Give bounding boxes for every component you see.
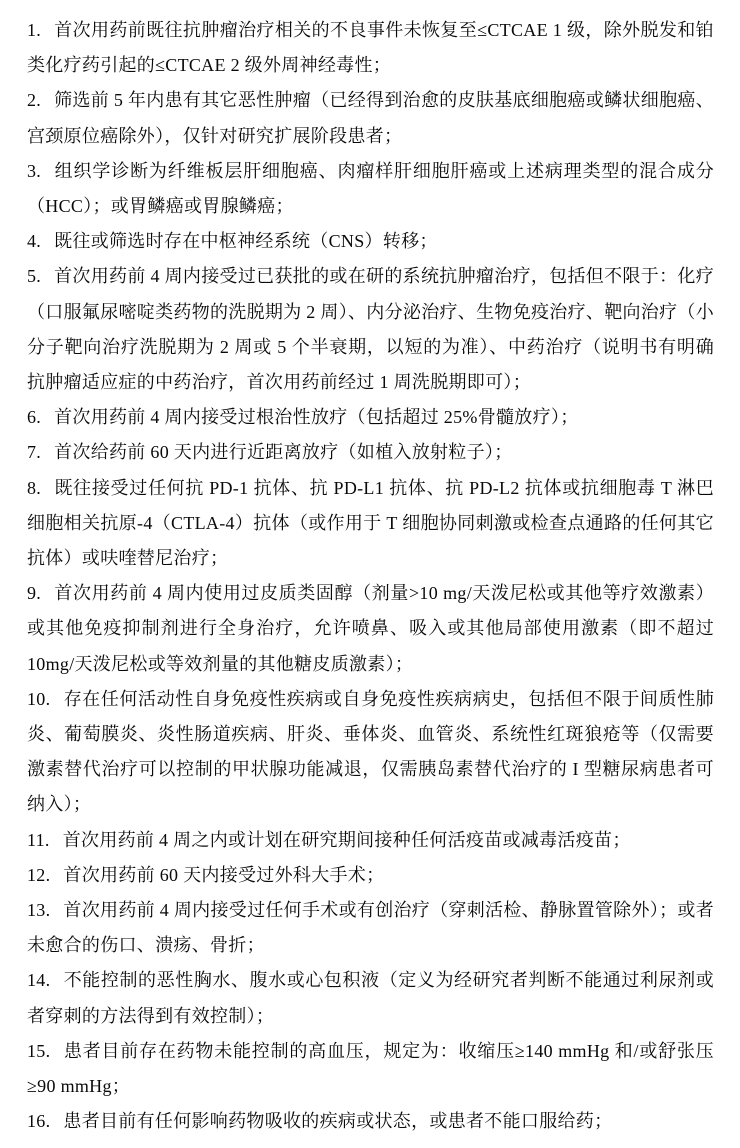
list-item: 7.首次给药前 60 天内进行近距离放疗（如植入放射粒子）； — [27, 435, 714, 470]
list-item: 3.组织学诊断为纤维板层肝细胞癌、肉瘤样肝细胞肝癌或上述病理类型的混合成分（HC… — [27, 154, 714, 224]
list-item: 6.首次用药前 4 周内接受过根治性放疗（包括超过 25%骨髓放疗）； — [27, 400, 714, 435]
item-number: 11. — [27, 830, 50, 850]
item-text: 存在任何活动性自身免疫性疾病或自身免疫性疾病病史，包括但不限于间质性肺炎、葡萄膜… — [27, 689, 714, 815]
item-text: 首次用药前 4 周之内或计划在研究期间接种任何活疫苗或减毒活疫苗； — [63, 830, 631, 850]
item-text: 既往接受过任何抗 PD-1 抗体、抗 PD-L1 抗体、抗 PD-L2 抗体或抗… — [27, 478, 714, 568]
list-item: 16.患者目前有任何影响药物吸收的疾病或状态，或患者不能口服给药； — [27, 1104, 714, 1139]
list-item: 5.首次用药前 4 周内接受过已获批的或在研的系统抗肿瘤治疗，包括但不限于：化疗… — [27, 259, 714, 400]
item-number: 12. — [27, 865, 50, 885]
exclusion-criteria-list: 1.首次用药前既往抗肿瘤治疗相关的不良事件未恢复至≤CTCAE 1 级，除外脱发… — [27, 13, 714, 1140]
item-text: 既往或筛选时存在中枢神经系统（CNS）转移； — [54, 231, 438, 251]
list-item: 11.首次用药前 4 周之内或计划在研究期间接种任何活疫苗或减毒活疫苗； — [27, 823, 714, 858]
list-item: 13.首次用药前 4 周内接受过任何手术或有创治疗（穿刺活检、静脉置管除外）；或… — [27, 893, 714, 963]
item-number: 14. — [27, 970, 50, 990]
item-number: 16. — [27, 1111, 50, 1131]
item-number: 13. — [27, 900, 50, 920]
item-text: 首次用药前既往抗肿瘤治疗相关的不良事件未恢复至≤CTCAE 1 级，除外脱发和铂… — [27, 20, 714, 75]
list-item: 12.首次用药前 60 天内接受过外科大手术； — [27, 858, 714, 893]
item-number: 6. — [27, 407, 41, 427]
item-text: 首次用药前 4 周内接受过根治性放疗（包括超过 25%骨髓放疗）； — [54, 407, 578, 427]
list-item: 10.存在任何活动性自身免疫性疾病或自身免疫性疾病病史，包括但不限于间质性肺炎、… — [27, 682, 714, 823]
list-item: 15.患者目前存在药物未能控制的高血压，规定为：收缩压≥140 mmHg 和/或… — [27, 1034, 714, 1104]
item-text: 首次用药前 60 天内接受过外科大手术； — [63, 865, 384, 885]
item-text: 首次用药前 4 周内接受过已获批的或在研的系统抗肿瘤治疗，包括但不限于：化疗（口… — [27, 266, 714, 392]
list-item: 8.既往接受过任何抗 PD-1 抗体、抗 PD-L1 抗体、抗 PD-L2 抗体… — [27, 471, 714, 577]
item-number: 2. — [27, 90, 41, 110]
item-number: 4. — [27, 231, 41, 251]
item-text: 首次用药前 4 周内使用过皮质类固醇（剂量>10 mg/天泼尼松或其他等疗效激素… — [27, 583, 714, 673]
item-number: 8. — [27, 478, 41, 498]
document-page: 1.首次用药前既往抗肿瘤治疗相关的不良事件未恢复至≤CTCAE 1 级，除外脱发… — [0, 0, 740, 1148]
item-number: 9. — [27, 583, 41, 603]
item-number: 10. — [27, 689, 50, 709]
list-item: 9.首次用药前 4 周内使用过皮质类固醇（剂量>10 mg/天泼尼松或其他等疗效… — [27, 576, 714, 682]
item-number: 3. — [27, 161, 41, 181]
list-item: 1.首次用药前既往抗肿瘤治疗相关的不良事件未恢复至≤CTCAE 1 级，除外脱发… — [27, 13, 714, 83]
item-number: 7. — [27, 442, 41, 462]
item-number: 1. — [27, 20, 41, 40]
item-text: 首次用药前 4 周内接受过任何手术或有创治疗（穿刺活检、静脉置管除外）；或者未愈… — [27, 900, 714, 955]
item-text: 患者目前有任何影响药物吸收的疾病或状态，或患者不能口服给药； — [63, 1111, 612, 1131]
item-text: 首次给药前 60 天内进行近距离放疗（如植入放射粒子）； — [54, 442, 512, 462]
list-item: 2.筛选前 5 年内患有其它恶性肿瘤（已经得到治愈的皮肤基底细胞癌或鳞状细胞癌、… — [27, 83, 714, 153]
item-text: 组织学诊断为纤维板层肝细胞癌、肉瘤样肝细胞肝癌或上述病理类型的混合成分（HCC）… — [27, 161, 714, 216]
item-number: 15. — [27, 1041, 50, 1061]
list-item: 14.不能控制的恶性胸水、腹水或心包积液（定义为经研究者判断不能通过利尿剂或者穿… — [27, 963, 714, 1033]
item-text: 患者目前存在药物未能控制的高血压，规定为：收缩压≥140 mmHg 和/或舒张压… — [27, 1041, 714, 1096]
item-text: 不能控制的恶性胸水、腹水或心包积液（定义为经研究者判断不能通过利尿剂或者穿刺的方… — [27, 970, 714, 1025]
item-number: 5. — [27, 266, 41, 286]
list-item: 4.既往或筛选时存在中枢神经系统（CNS）转移； — [27, 224, 714, 259]
item-text: 筛选前 5 年内患有其它恶性肿瘤（已经得到治愈的皮肤基底细胞癌或鳞状细胞癌、宫颈… — [27, 90, 714, 145]
